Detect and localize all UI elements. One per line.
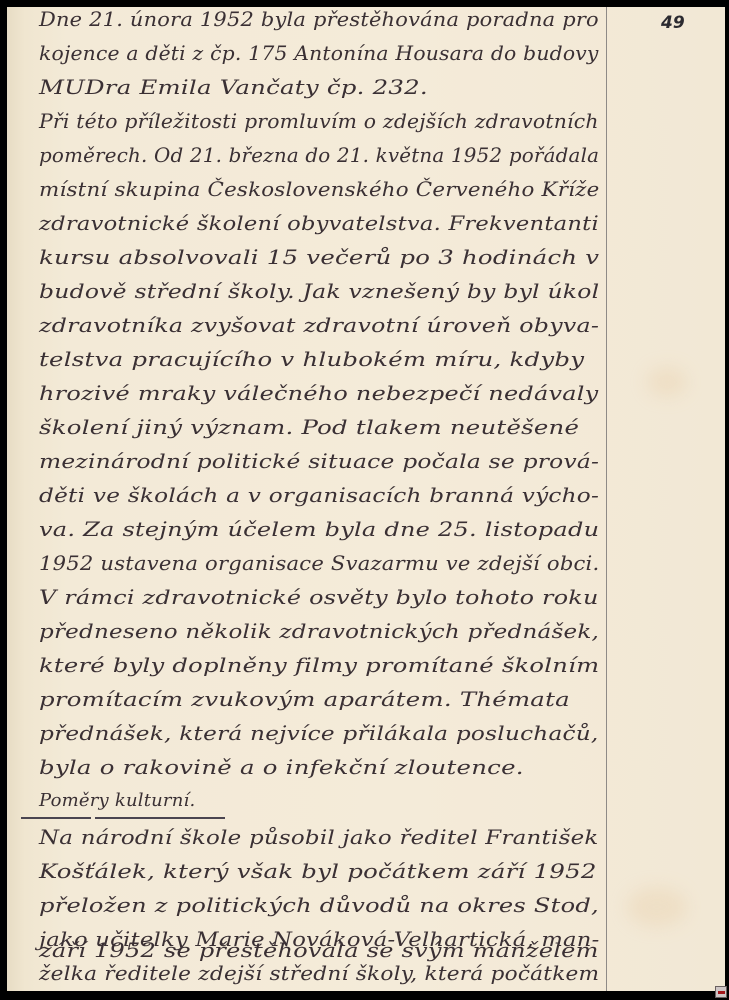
text-line: místní skupina Československého Červenéh… <box>39 178 599 201</box>
text-line: hrozivé mraky válečného nebezpečí nedáva… <box>39 382 598 405</box>
page-number: 49 <box>661 13 685 33</box>
margin-rule <box>606 7 607 991</box>
text-line: promítacím zvukovým aparátem. Thémata <box>39 688 570 711</box>
text-line: Košťálek, který však byl počátkem září 1… <box>39 860 597 883</box>
text-line: želka ředitele zdejší střední školy, kte… <box>39 962 599 985</box>
text-line: Na národní škole působil jako ředitel Fr… <box>39 826 599 849</box>
text-line: telstva pracujícího v hlubokém míru, kdy… <box>39 348 584 371</box>
heading-underline <box>95 817 225 819</box>
text-line: V rámci zdravotnické osvěty bylo tohoto … <box>39 586 599 609</box>
text-line: přednášek, která nejvíce přilákala poslu… <box>39 722 599 745</box>
heading-underline <box>21 817 91 819</box>
text-line: Při této příležitosti promluvím o zdejší… <box>39 110 599 133</box>
manuscript-page: 49 Dne 21. února 1952 byla přestěhována … <box>7 7 725 991</box>
text-line: které byly doplněny filmy promítané škol… <box>39 654 599 677</box>
text-line: byla o rakovině a o infekční zloutence. <box>39 756 524 779</box>
text-line: předneseno několik zdravotnických předná… <box>39 620 599 643</box>
text-line: zdravotnické školení obyvatelstva. Frekv… <box>39 212 599 235</box>
minimize-bar <box>718 991 725 994</box>
section-heading: Poměry kulturní. <box>39 790 195 811</box>
text-line: školení jiný význam. Pod tlakem neutěšen… <box>39 416 579 439</box>
text-line: děti ve školách a v organisacích branná … <box>39 484 599 507</box>
paper-stain <box>627 887 687 927</box>
text-line: zdravotníka zvyšovat zdravotní úroveň ob… <box>39 314 599 337</box>
text-line: Dne 21. února 1952 byla přestěhována por… <box>39 8 599 31</box>
paper-stain <box>647 367 687 397</box>
text-line: budově střední školy. Jak vznešený by by… <box>39 280 599 303</box>
text-line: září 1952 se přestěhovala se svým manžel… <box>39 939 599 962</box>
document-viewer: 49 Dne 21. února 1952 byla přestěhována … <box>0 0 729 1000</box>
text-line: MUDra Emila Vančaty čp. 232. <box>39 76 428 99</box>
text-line: poměrech. Od 21. března do 21. května 19… <box>39 144 599 167</box>
text-line: 1952 ustavena organisace Svazarmu ve zde… <box>39 552 599 575</box>
text-line: mezinárodní politické situace počala se … <box>39 450 599 473</box>
text-line: přeložen z politických důvodů na okres S… <box>39 894 599 917</box>
text-line: va. Za stejným účelem byla dne 25. listo… <box>39 518 599 541</box>
text-line: kojence a děti z čp. 175 Antonína Housar… <box>39 42 599 65</box>
text-line: kursu absolvovali 15 večerů po 3 hodinác… <box>39 246 599 269</box>
minimize-icon[interactable] <box>715 986 727 998</box>
